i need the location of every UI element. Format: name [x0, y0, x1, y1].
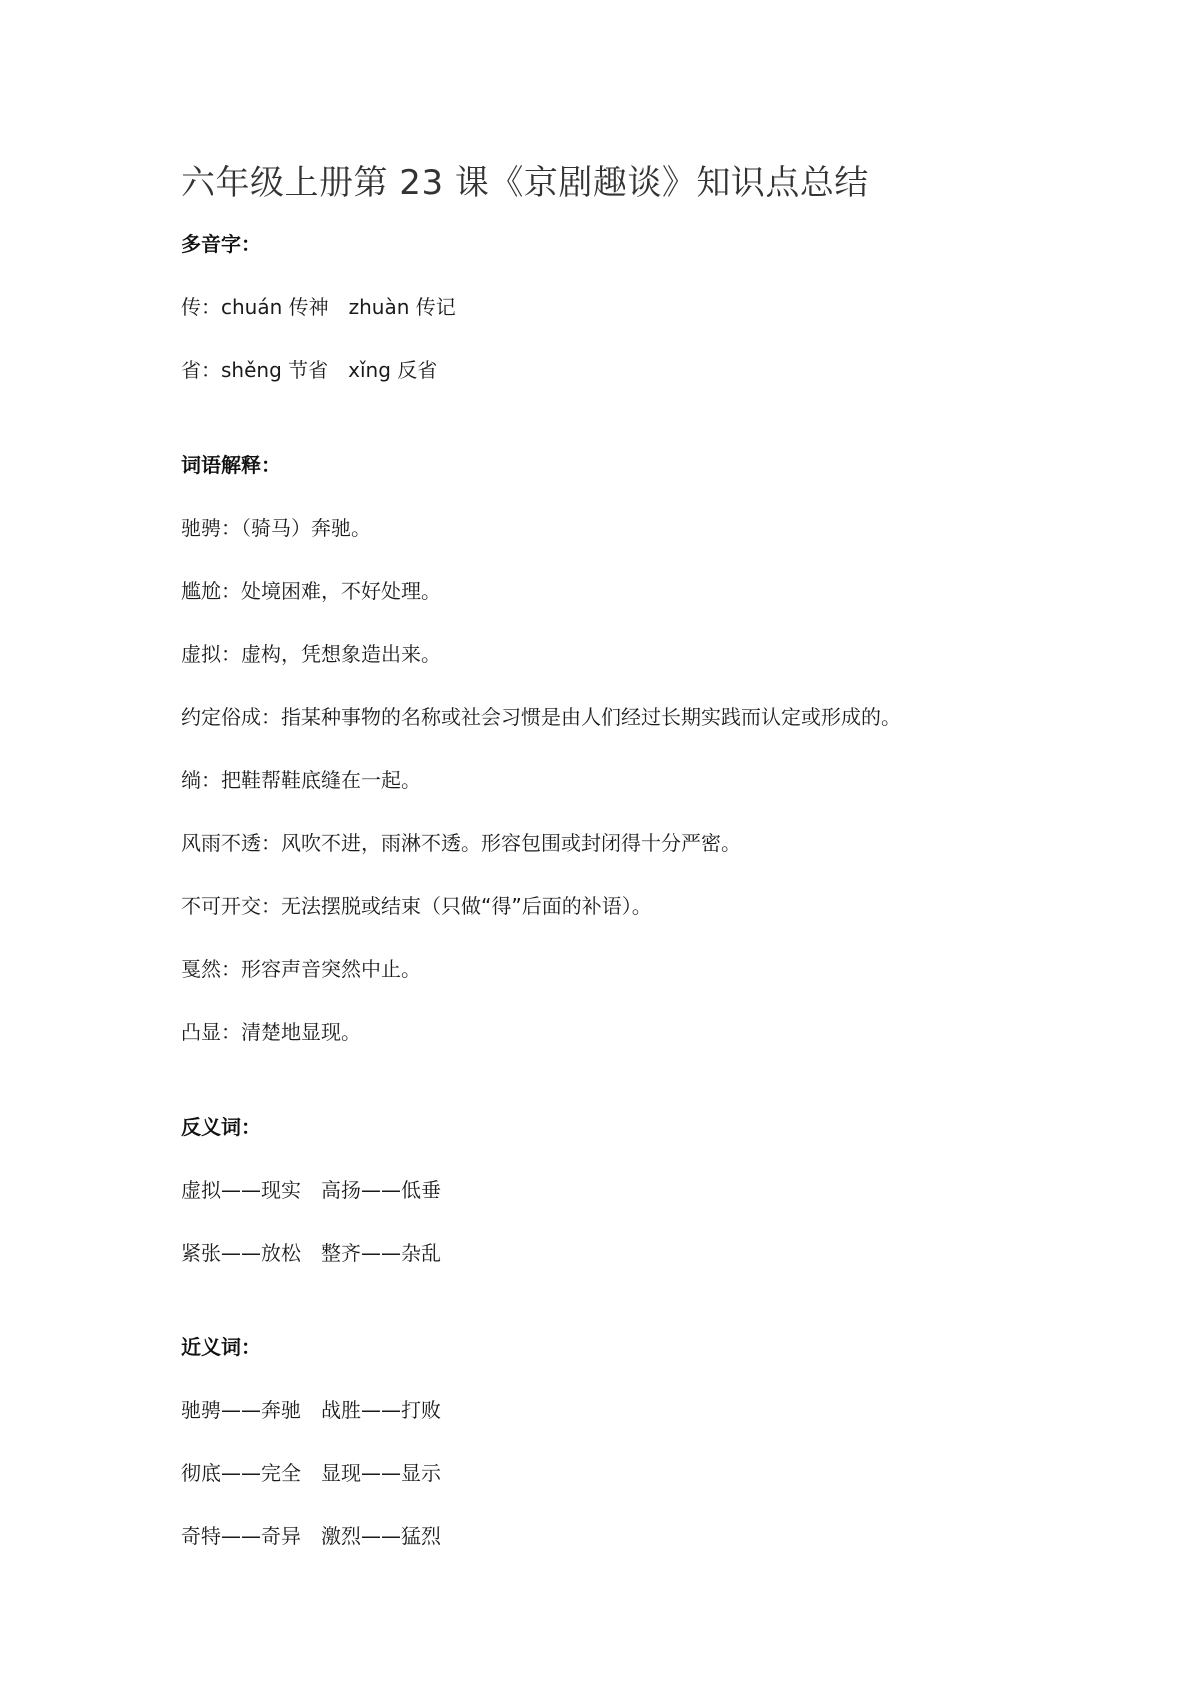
- section-heading: 近义词：: [181, 1331, 261, 1360]
- list-item: 省：shěng 节省 xǐng 反省: [181, 354, 437, 383]
- list-item: 不可开交：无法摆脱或结束（只做“得”后面的补语）。: [181, 890, 652, 919]
- list-item: 尴尬：处境困难，不好处理。: [181, 575, 441, 604]
- section-heading: 反义词：: [181, 1111, 261, 1140]
- list-item: 驰骋：（骑马）奔驰。: [181, 512, 371, 541]
- list-item: 虚拟——现实 高扬——低垂: [181, 1174, 441, 1203]
- section-heading: 多音字：: [181, 228, 261, 257]
- list-item: 彻底——完全 显现——显示: [181, 1457, 441, 1486]
- list-item: 绱：把鞋帮鞋底缝在一起。: [181, 764, 421, 793]
- list-item: 紧张——放松 整齐——杂乱: [181, 1237, 441, 1266]
- list-item: 奇特——奇异 激烈——猛烈: [181, 1520, 441, 1549]
- list-item: 约定俗成：指某种事物的名称或社会习惯是由人们经过长期实践而认定或形成的。: [181, 701, 901, 730]
- list-item: 驰骋——奔驰 战胜——打败: [181, 1394, 441, 1423]
- section-heading: 词语解释：: [181, 449, 281, 478]
- document-title: 六年级上册第 23 课《京剧趣谈》知识点总结: [181, 155, 869, 204]
- list-item: 传：chuán 传神 zhuàn 传记: [181, 291, 456, 320]
- list-item: 凸显：清楚地显现。: [181, 1016, 361, 1045]
- list-item: 虚拟：虚构，凭想象造出来。: [181, 638, 441, 667]
- list-item: 戛然：形容声音突然中止。: [181, 953, 421, 982]
- list-item: 风雨不透：风吹不进，雨淋不透。形容包围或封闭得十分严密。: [181, 827, 741, 856]
